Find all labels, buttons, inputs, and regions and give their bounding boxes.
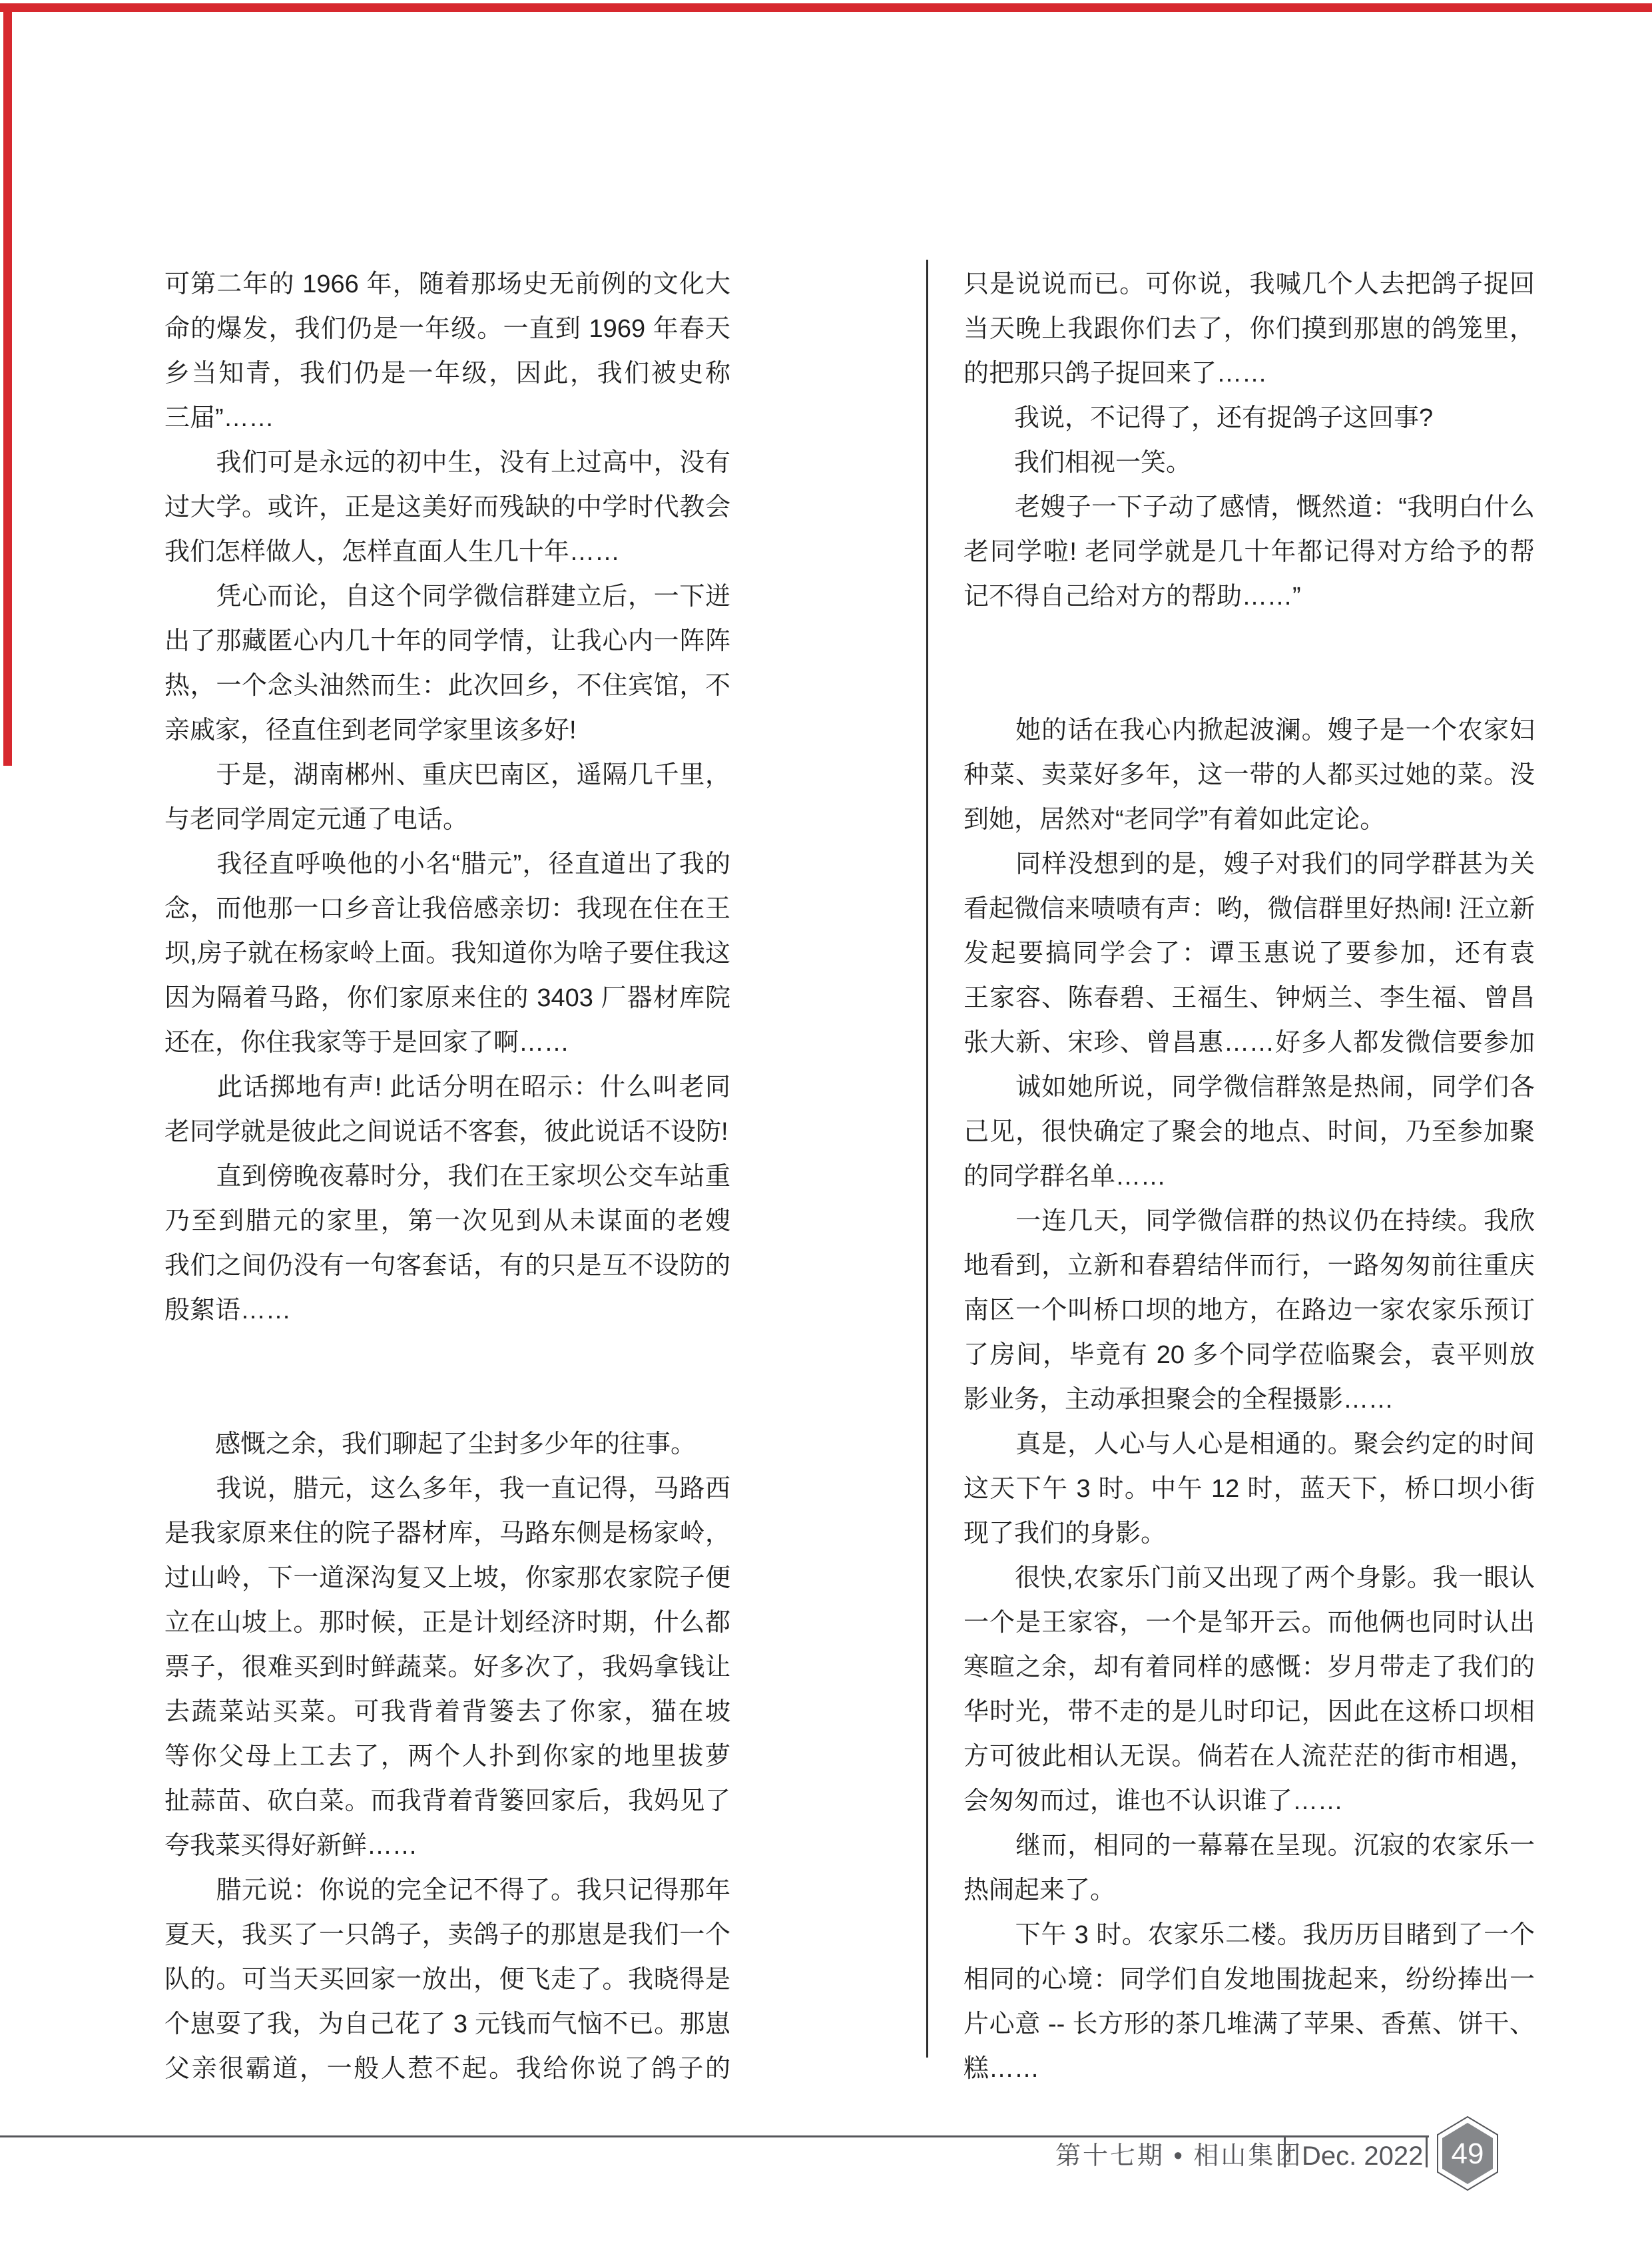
- text-line: 过大学。或许，正是这美好而残缺的中学时代教会了: [164, 485, 730, 530]
- text-line: 命的爆发，我们仍是一年级。一直到 1969 年春天下: [164, 307, 730, 352]
- text-line: 我们可是永远的初中生，没有上过高中，没有上: [164, 441, 730, 485]
- section-gap: [164, 1333, 730, 1422]
- text-line: 可第二年的 1966 年，随着那场史无前例的文化大革: [164, 262, 730, 307]
- text-line: 夸我菜买得好新鲜……: [164, 1824, 730, 1868]
- text-line: 老同学啦! 老同学就是几十年都记得对方给予的帮助，: [964, 530, 1535, 575]
- text-line: 记不得自己给对方的帮助……”: [964, 575, 1535, 619]
- text-line: 我说，不记得了，还有捉鸽子这回事?: [964, 396, 1535, 441]
- text-line: 我们之间仍没有一句客套话，有的只是互不设防的殷: [164, 1244, 730, 1288]
- text-line: 她的话在我心内掀起波澜。嫂子是一个农家妇女，: [964, 708, 1535, 753]
- text-line: 王家容、陈春碧、王福生、钟炳兰、李生福、曾昌福、: [964, 976, 1535, 1021]
- right-text-column: 只是说说而已。可你说，我喊几个人去把鸽子捉回来。当天晚上我跟你们去了，你们摸到那…: [964, 262, 1535, 2092]
- text-line: 方可彼此相认无误。倘若在人流茫茫的街市相遇，准: [964, 1735, 1535, 1779]
- text-line: 腊元说：你说的完全记不得了。我只记得那年的: [164, 1868, 730, 1913]
- text-line: 下午 3 时。农家乐二楼。我历历目睹到了一个个: [964, 1913, 1535, 1958]
- text-line: 出了那藏匿心内几十年的同学情，让我心内一阵阵发: [164, 619, 730, 664]
- text-line: 乡当知青，我们仍是一年级，因此，我们被史称为“老: [164, 352, 730, 396]
- left-edge-accent-bar: [3, 3, 12, 766]
- text-line: 糕……: [964, 2047, 1535, 2092]
- text-line: 地看到，立新和春碧结伴而行，一路匆匆前往重庆巴: [964, 1244, 1535, 1288]
- text-line: 还在，你住我家等于是回家了啊……: [164, 1021, 730, 1065]
- text-line: 热，一个念头油然而生：此次回乡，不住宾馆，不住: [164, 664, 730, 708]
- text-line: 只是说说而已。可你说，我喊几个人去把鸽子捉回来。: [964, 262, 1535, 307]
- magazine-page: 可第二年的 1966 年，随着那场史无前例的文化大革命的爆发，我们仍是一年级。一…: [0, 0, 1652, 2242]
- text-line: 诚如她所说，同学微信群煞是热闹，同学们各抒: [964, 1065, 1535, 1110]
- text-line: 热闹起来了。: [964, 1868, 1535, 1913]
- text-line: 会匆匆而过，谁也不认识谁了……: [964, 1779, 1535, 1824]
- text-line: 影业务，主动承担聚会的全程摄影……: [964, 1378, 1535, 1422]
- text-line: 去蔬菜站买菜。可我背着背篓去了你家，猫在坡下，: [164, 1690, 730, 1735]
- text-line: 寒暄之余，却有着同样的感慨：岁月带走了我们的韶: [964, 1645, 1535, 1690]
- text-line: 是我家原来住的院子器材库，马路东侧是杨家岭，翻: [164, 1512, 730, 1556]
- text-line: 南区一个叫桥口坝的地方，在路边一家农家乐预订下: [964, 1288, 1535, 1333]
- column-divider-line: [926, 260, 928, 2058]
- text-line: 片心意 -- 长方形的茶几堆满了苹果、香蕉、饼干、蛋: [964, 2002, 1535, 2047]
- page-number: 49: [1452, 2137, 1484, 2170]
- footer-divider-tick: [1426, 2135, 1428, 2167]
- text-line: 于是，湖南郴州、重庆巴南区，遥隔几千里，我: [164, 753, 730, 798]
- section-gap: [964, 619, 1535, 708]
- text-line: 我们相视一笑。: [964, 441, 1535, 485]
- text-line: 扯蒜苗、砍白菜。而我背着背篓回家后，我妈见了直: [164, 1779, 730, 1824]
- text-line: 张大新、宋珍、曾昌惠……好多人都发微信要参加哩。: [964, 1021, 1535, 1065]
- text-line: 发起要搞同学会了：谭玉惠说了要参加，还有袁平、: [964, 932, 1535, 976]
- text-line: 一个是王家容，一个是邹开云。而他俩也同时认出了我。: [964, 1601, 1535, 1645]
- text-line: 到她，居然对“老同学”有着如此定论。: [964, 798, 1535, 842]
- text-line: 一连几天，同学微信群的热议仍在持续。我欣喜: [964, 1199, 1535, 1244]
- text-line: 现了我们的身影。: [964, 1512, 1535, 1556]
- text-line: 相同的心境：同学们自发地围拢起来，纷纷捧出一片: [964, 1958, 1535, 2002]
- text-line: 我们怎样做人，怎样直面人生几十年……: [164, 530, 730, 575]
- text-line: 票子，很难买到时鲜蔬菜。好多次了，我妈拿钱让我: [164, 1645, 730, 1690]
- text-line: 父亲很霸道，一般人惹不起。我给你说了鸽子的事，: [164, 2047, 730, 2092]
- text-line: 个崽耍了我，为自己花了 3 元钱而气恼不已。那崽的: [164, 2002, 730, 2047]
- text-line: 感慨之余，我们聊起了尘封多少年的往事。: [164, 1422, 730, 1467]
- text-line: 殷絮语……: [164, 1288, 730, 1333]
- text-line: 乃至到腊元的家里，第一次见到从未谋面的老嫂子，: [164, 1199, 730, 1244]
- text-line: 我说，腊元，这么多年，我一直记得，马路西侧: [164, 1467, 730, 1512]
- text-line: 我径直呼唤他的小名“腊元”，径直道出了我的心: [164, 842, 730, 887]
- text-line: 很快,农家乐门前又出现了两个身影。我一眼认出，: [964, 1556, 1535, 1601]
- page-number-hexagon-badge: 49: [1437, 2116, 1498, 2191]
- text-line: 了房间，毕竟有 20 多个同学莅临聚会，袁平则放弃摄: [964, 1333, 1535, 1378]
- text-line: 真是，人心与人心是相通的。聚会约定的时间是: [964, 1422, 1535, 1467]
- top-edge-accent-bar: [0, 3, 1652, 12]
- text-line: 看起微信来啧啧有声：哟，微信群里好热闹! 汪立新: [964, 887, 1535, 932]
- text-line: 过山岭，下一道深沟复又上坡，你家那农家院子便矗: [164, 1556, 730, 1601]
- text-line: 三届”……: [164, 396, 730, 441]
- text-line: 华时光，带不走的是儿时印记，因此在这桥口坝相逢，: [964, 1690, 1535, 1735]
- text-line: 同样没想到的是，嫂子对我们的同学群甚为关心，: [964, 842, 1535, 887]
- text-line: 直到傍晚夜幕时分，我们在王家坝公交车站重逢，: [164, 1155, 730, 1199]
- text-line: 己见，很快确定了聚会的地点、时间，乃至参加聚会: [964, 1110, 1535, 1155]
- text-line: 继而，相同的一幕幕在呈现。沉寂的农家乐一时: [964, 1824, 1535, 1868]
- left-text-column: 可第二年的 1966 年，随着那场史无前例的文化大革命的爆发，我们仍是一年级。一…: [164, 262, 730, 2092]
- footer-date-label: Dec. 2022: [1302, 2139, 1418, 2173]
- footer-issue-label: 第十七期 • 相山集团: [1055, 2139, 1275, 2173]
- text-line: 老嫂子一下子动了感情，慨然道：“我明白什么叫: [964, 485, 1535, 530]
- footer-rule-line: [0, 2135, 1429, 2137]
- text-line: 因为隔着马路，你们家原来住的 3403 厂器材库院子: [164, 976, 730, 1021]
- text-line: 的把那只鸽子捉回来了……: [964, 352, 1535, 396]
- text-line: 这天下午 3 时。中午 12 时，蓝天下，桥口坝小街出: [964, 1467, 1535, 1512]
- text-line: 种菜、卖菜好多年，这一带的人都买过她的菜。没想: [964, 753, 1535, 798]
- text-line: 此话掷地有声! 此话分明在昭示：什么叫老同学?: [164, 1065, 730, 1110]
- text-line: 与老同学周定元通了电话。: [164, 798, 730, 842]
- text-line: 等你父母上工去了，两个人扑到你家的地里拔萝卜、: [164, 1735, 730, 1779]
- text-line: 队的。可当天买回家一放出，便飞走了。我晓得是那: [164, 1958, 730, 2002]
- text-line: 夏天，我买了一只鸽子，卖鸽子的那崽是我们一个大: [164, 1913, 730, 1958]
- text-line: 当天晚上我跟你们去了，你们摸到那崽的鸽笼里，真: [964, 307, 1535, 352]
- text-line: 立在山坡上。那时候，正是计划经济时期，什么都要: [164, 1601, 730, 1645]
- text-line: 老同学就是彼此之间说话不客套，彼此说话不设防!: [164, 1110, 730, 1155]
- text-line: 亲戚家，径直住到老同学家里该多好!: [164, 708, 730, 753]
- text-line: 凭心而论，自这个同学微信群建立后，一下迸发: [164, 575, 730, 619]
- text-line: 的同学群名单……: [964, 1155, 1535, 1199]
- text-line: 坝,房子就在杨家岭上面。我知道你为啥子要住我这儿，: [164, 932, 730, 976]
- text-line: 念，而他那一口乡音让我倍感亲切：我现在住在王家: [164, 887, 730, 932]
